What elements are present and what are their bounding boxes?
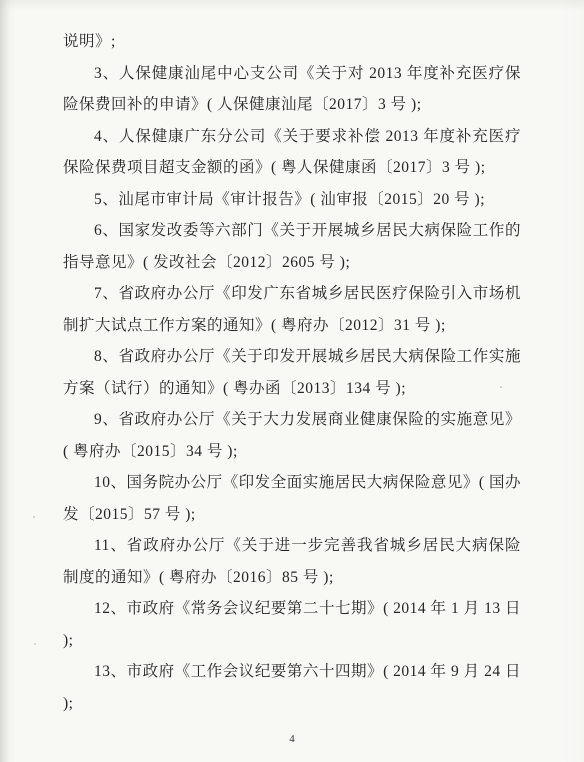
reference-list-item: 11、省政府办公厅《关于进一步完善我省城乡居民大病保险制度的通知》( 粤府办〔2… [63, 530, 521, 593]
document-body: 说明》; 3、人保健康汕尾中心支公司《关于对 2013 年度补充医疗保险保费回补… [63, 26, 521, 719]
reference-list-item: 4、人保健康广东分公司《关于要求补偿 2013 年度补充医疗保险保费项目超支金额… [63, 121, 521, 184]
scan-speck [34, 643, 36, 645]
scan-edge-shadow-left [0, 0, 10, 762]
scan-edge-shadow-top [0, 0, 584, 10]
reference-list-item: 3、人保健康汕尾中心支公司《关于对 2013 年度补充医疗保险保费回补的申请》(… [63, 58, 521, 121]
reference-list-item: 6、国家发改委等六部门《关于开展城乡居民大病保险工作的指导意见》( 发改社会〔2… [63, 215, 521, 278]
reference-list-item: 12、市政府《常务会议纪要第二十七期》( 2014 年 1 月 13 日 ); [63, 593, 521, 656]
paragraph-continuation: 说明》; [63, 26, 521, 58]
scanned-document-page: 说明》; 3、人保健康汕尾中心支公司《关于对 2013 年度补充医疗保险保费回补… [0, 0, 584, 762]
scan-speck [33, 516, 35, 518]
reference-list-item: 13、市政府《工作会议纪要第六十四期》( 2014 年 9 月 24 日 ); [63, 656, 521, 719]
reference-list-item: 7、省政府办公厅《印发广东省城乡居民医疗保险引入市场机制扩大试点工作方案的通知》… [63, 278, 521, 341]
reference-list-item: 10、国务院办公厅《印发全面实施居民大病保险意见》( 国办发〔2015〕57 号… [63, 467, 521, 530]
page-number: 4 [0, 734, 584, 745]
reference-list-item: 8、省政府办公厅《关于印发开展城乡居民大病保险工作实施方案（试行）的通知》( 粤… [63, 341, 521, 404]
reference-list-item: 5、汕尾市审计局《审计报告》( 汕审报〔2015〕20 号 ); [63, 184, 521, 216]
reference-list-item: 9、省政府办公厅《关于大力发展商业健康保险的实施意见》( 粤府办〔2015〕34… [63, 404, 521, 467]
